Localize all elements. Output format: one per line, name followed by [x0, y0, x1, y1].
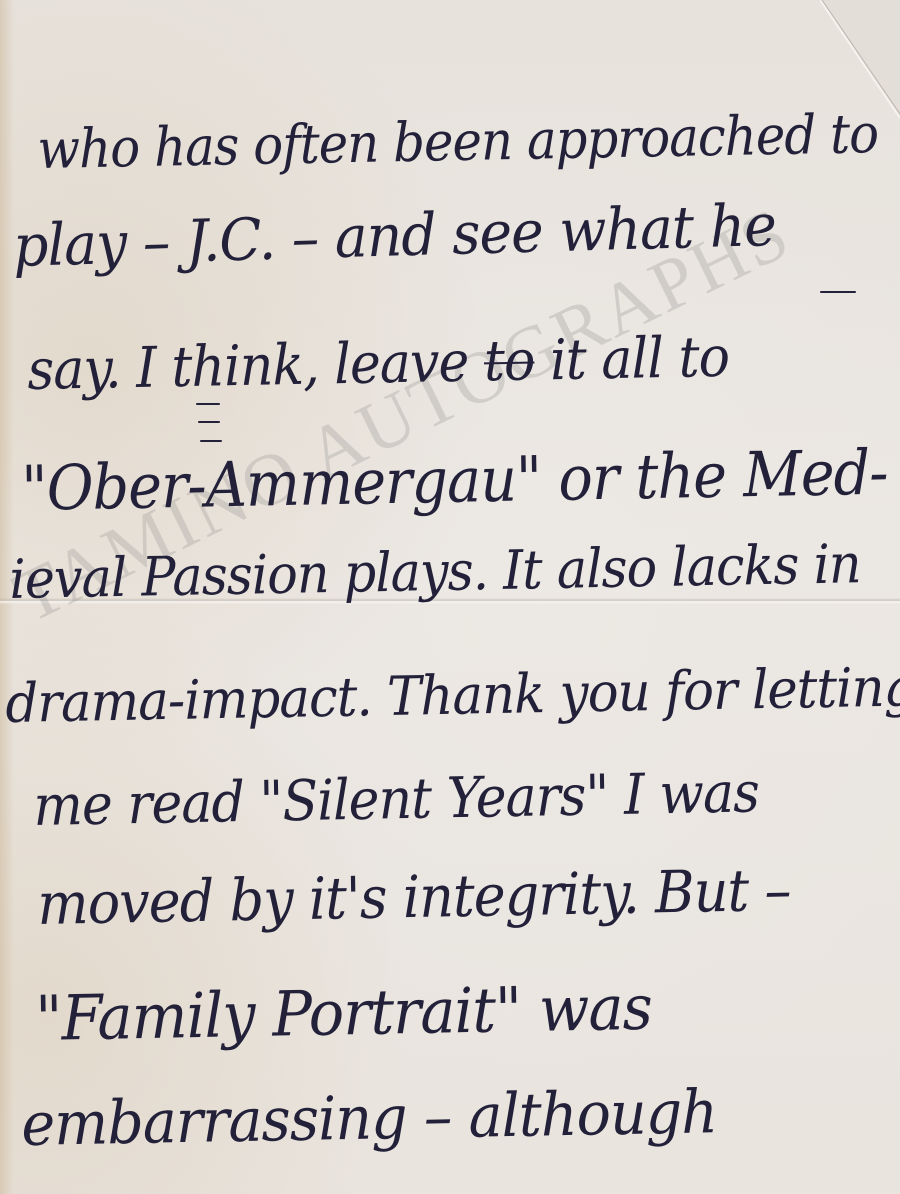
letter-line-8: moved by it's integrity. But – [37, 856, 791, 938]
struck-word: to [483, 328, 534, 394]
triple-underline-mark [200, 440, 222, 442]
letter-line-2: play – J.C. – and see what he [12, 191, 776, 280]
letter-line-4: "Ober-Ammergau" or the Med- [21, 436, 888, 525]
letter-line-5: ieval Passion plays. It also lacks in [9, 532, 861, 611]
letter-line-7: me read "Silent Years" I was [33, 760, 759, 839]
underline-mark [820, 291, 856, 293]
triple-underline-mark [196, 403, 220, 405]
letter-line-3-part-a: say. I think, leave [27, 329, 485, 403]
triple-underline-mark [198, 421, 220, 423]
letter-line-10: embarrassing – although [21, 1077, 718, 1160]
letter-line-6: drama-impact. Thank you for letting [5, 655, 900, 735]
letter-line-9: "Family Portrait" was [35, 971, 653, 1055]
letter-line-3-part-b: it all to [534, 325, 730, 394]
letter-body: who has often been approached to play – … [0, 0, 900, 1194]
letter-line-1: who has often been approached to [37, 102, 879, 181]
letter-line-3: say. I think, leave to it all to [27, 325, 730, 403]
